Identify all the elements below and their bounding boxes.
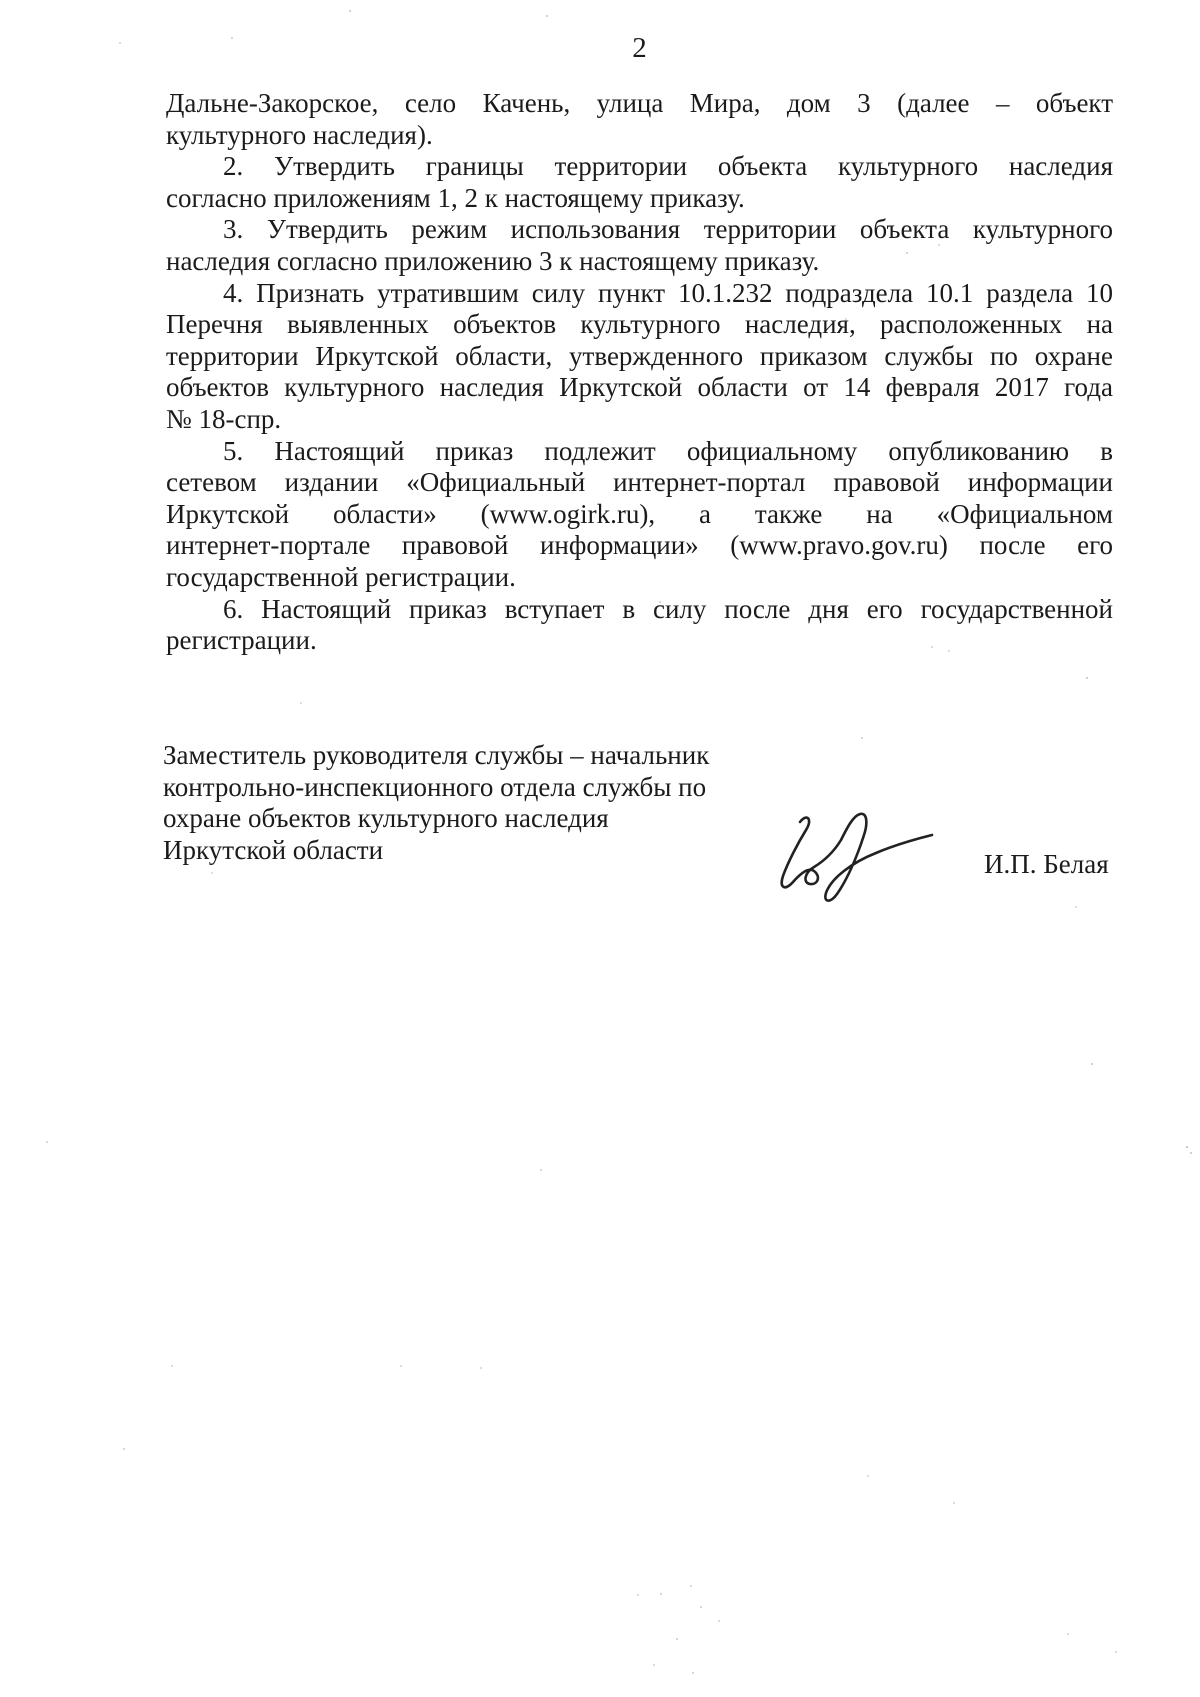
text-line: Иркутской области» (www.ogirk.ru), а так…	[166, 499, 1113, 531]
text-line: № 18-спр.	[166, 404, 1113, 436]
text-line: культурного наследия).	[166, 120, 1113, 152]
text-line: Дальне-Закорское, село Качень, улица Мир…	[166, 88, 1113, 120]
text-line: регистрации.	[166, 625, 1113, 657]
text-line: Заместитель руководителя службы – началь…	[163, 740, 813, 772]
text-line: Перечня выявленных объектов культурного …	[166, 309, 1113, 341]
signatory-title: Заместитель руководителя службы – началь…	[163, 740, 813, 866]
page-number: 2	[166, 32, 1113, 65]
text-line: территории Иркутской области, утвержденн…	[166, 341, 1113, 373]
text-line: 5. Настоящий приказ подлежит официальном…	[166, 436, 1113, 468]
text-line: объектов культурного наследия Иркутской …	[166, 372, 1113, 404]
document-body: Дальне-Закорское, село Качень, улица Мир…	[166, 88, 1113, 657]
text-line: сетевом издании «Официальный интернет-по…	[166, 467, 1113, 499]
text-line: интернет-портале правовой информации» (w…	[166, 530, 1113, 562]
text-line: согласно приложениям 1, 2 к настоящему п…	[166, 183, 1113, 215]
text-line: контрольно-инспекционного отдела службы …	[163, 772, 813, 804]
text-line: Иркутской области	[163, 835, 813, 867]
text-line: 3. Утвердить режим использования террито…	[166, 214, 1113, 246]
text-line: наследия согласно приложению 3 к настоящ…	[166, 246, 1113, 278]
signature-scribble-icon	[760, 810, 940, 910]
document-page: 2 Дальне-Закорское, село Качень, улица М…	[0, 0, 1200, 1697]
text-line: государственной регистрации.	[166, 562, 1113, 594]
text-line: 2. Утвердить границы территории объекта …	[166, 151, 1113, 183]
signatory-name: И.П. Белая	[984, 849, 1109, 880]
text-line: охране объектов культурного наследия	[163, 803, 813, 835]
text-line: 6. Настоящий приказ вступает в силу посл…	[166, 594, 1113, 626]
scan-noise	[0, 0, 2, 2]
text-line: 4. Признать утратившим силу пункт 10.1.2…	[166, 278, 1113, 310]
